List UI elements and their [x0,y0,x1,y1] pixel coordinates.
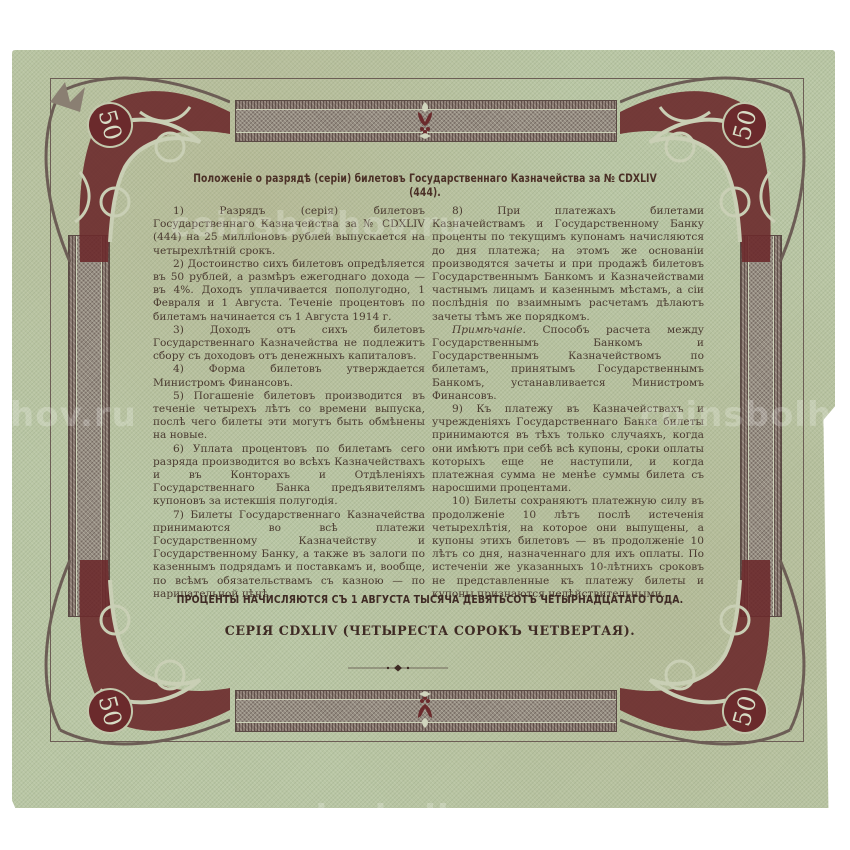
clause-5: 5) Погашенiе билетовъ производится въ те… [153,390,425,443]
watermark-text: coinsbolhov.ru [640,395,850,435]
clause-3: 3) Доходъ отъ сихъ билетовъ Государствен… [153,324,425,364]
watermark-text: hov.ru [10,395,137,435]
left-text-column: 1) Разрядъ (серiя) билетовъ Государствен… [153,205,425,601]
watermark-text: coinsbolhov.ru [170,205,464,245]
clause-8: 8) При платежахъ билетами Казначействамъ… [432,205,704,324]
clause-4: 4) Форма билетовъ утверждается Министром… [153,363,425,389]
note-label: Примѣчанiе. [452,324,526,336]
fleur-ornament-icon [412,100,438,140]
regulation-heading: Положенiе о разрядѣ (серiи) билетовъ Гос… [178,171,673,199]
clause-2: 2) Достоинство сихъ билетовъ опредѣляетс… [153,258,425,324]
clause-6: 6) Уплата процентовъ по билетамъ сего ра… [153,443,425,509]
watermark-text: coinsbolhov.ru [270,798,564,838]
clause-7: 7) Билеты Государственнаго Казначейства … [153,509,425,601]
clause-10: 10) Билеты сохраняютъ платежную силу въ … [432,495,704,601]
series-line: СЕРIЯ CDXLIV (ЧЕТЫРЕСТА СОРОКЪ ЧЕТВЕРТАЯ… [140,623,720,638]
interest-accrual-line: ПРОЦЕНТЫ НАЧИСЛЯЮТСЯ СЪ 1 АВГУСТА ТЫСЯЧА… [175,594,685,606]
note-paragraph: Примѣчанiе. Способъ расчета между Госуда… [432,324,704,403]
divider-ornament-icon [348,657,448,665]
fleur-ornament-icon [412,690,438,730]
